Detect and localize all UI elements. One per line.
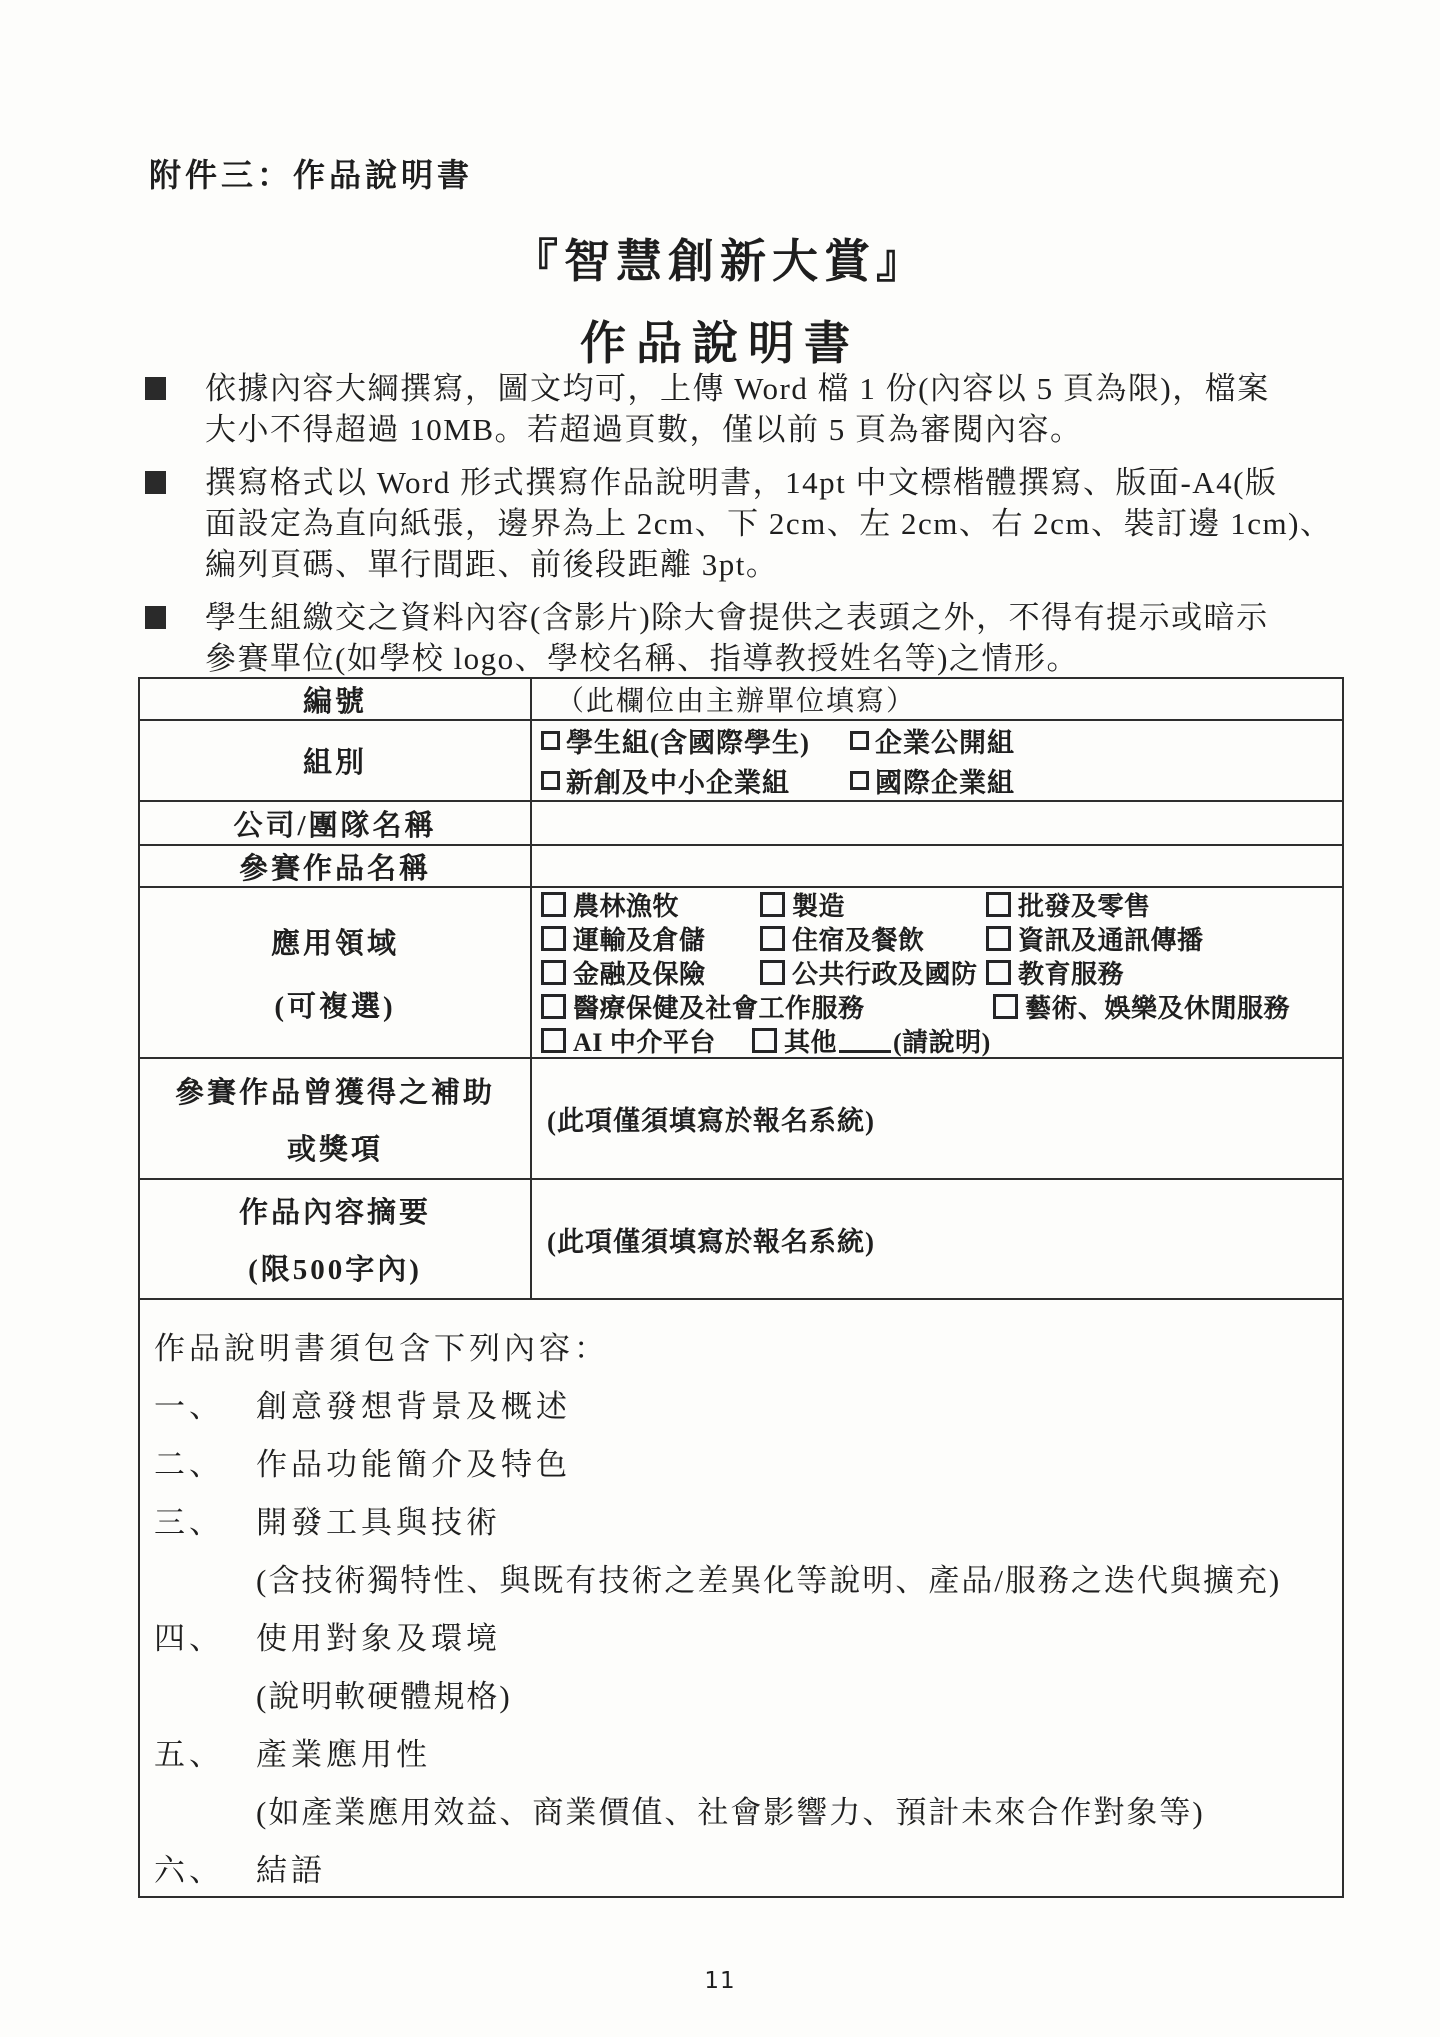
main-title: 『智慧創新大賞』: [0, 225, 1440, 291]
field-value-grants-awards: (此項僅須填寫於報名系統): [532, 1059, 1342, 1178]
registration-system-note: (此項僅須填寫於報名系統): [532, 1220, 1342, 1259]
checkbox-label: 住宿及餐飲: [792, 920, 925, 957]
instruction-bullet: 學生組繳交之資料內容(含影片)除大會提供之表頭之外，不得有提示或暗示 參賽單位(…: [145, 597, 1345, 679]
requirement-item: 二、 作品功能簡介及特色: [154, 1432, 1322, 1490]
number-placeholder-text: （此欄位由主辦單位填寫）: [556, 679, 1342, 719]
checkbox-label: 教育服務: [1018, 954, 1124, 991]
checkbox-option-lodging-catering[interactable]: 住宿及餐飲: [760, 920, 986, 957]
other-blank-line[interactable]: [839, 1029, 891, 1053]
checkbox-icon[interactable]: [986, 960, 1011, 985]
square-bullet-icon: [145, 377, 166, 400]
checkbox-option-student-group[interactable]: 學生組(含國際學生): [541, 721, 850, 760]
requirement-item: 五、 產業應用性: [154, 1722, 1322, 1780]
item-number: 二、: [154, 1439, 256, 1484]
checkbox-label: 企業公開組: [875, 721, 1015, 760]
checkbox-option-wholesale-retail[interactable]: 批發及零售: [986, 886, 1151, 923]
label-line: 參賽作品曾獲得之補助: [175, 1070, 495, 1111]
checkbox-option-transport-warehousing[interactable]: 運輸及倉儲: [541, 920, 760, 957]
checkbox-icon[interactable]: [541, 960, 566, 985]
field-label-work-name: 參賽作品名稱: [140, 846, 532, 886]
requirements-header: 作品說明書須包含下列內容：: [154, 1316, 1322, 1374]
field-label-abstract: 作品內容摘要 (限500字內): [140, 1180, 532, 1298]
checkbox-option-finance-insurance[interactable]: 金融及保險: [541, 954, 760, 991]
item-text: 使用對象及環境: [256, 1613, 501, 1658]
checkbox-icon[interactable]: [541, 1028, 566, 1053]
checkbox-option-other[interactable]: 其他 (請說明): [752, 1022, 991, 1059]
checkbox-label: 國際企業組: [875, 761, 1015, 800]
square-bullet-icon: [145, 606, 166, 629]
checkbox-label: AI 中介平台: [573, 1022, 716, 1059]
label-line: 作品內容摘要: [239, 1190, 431, 1231]
group-option-row: 新創及中小企業組 國際企業組: [532, 761, 1342, 801]
other-hint-label: (請說明): [893, 1022, 991, 1059]
table-row-work-name: 參賽作品名稱: [140, 846, 1342, 888]
checkbox-label: 醫療保健及社會工作服務: [573, 988, 865, 1025]
checkbox-icon[interactable]: [850, 731, 869, 750]
checkbox-label: 農林漁牧: [573, 886, 679, 923]
item-text: 創意發想背景及概述: [256, 1381, 571, 1426]
checkbox-label: 資訊及通訊傳播: [1018, 920, 1204, 957]
field-value-number: （此欄位由主辦單位填寫）: [532, 679, 1342, 719]
field-label-company-name: 公司/團隊名稱: [140, 802, 532, 844]
table-row-company-name: 公司/團隊名稱: [140, 802, 1342, 846]
field-value-application-fields: 農林漁牧 製造 批發及零售 運輸及倉儲: [532, 888, 1342, 1057]
field-value-group: 學生組(含國際學生) 企業公開組 新創及中小企業組 國際企業組: [532, 721, 1342, 800]
checkbox-option-public-administration[interactable]: 公共行政及國防: [760, 954, 986, 991]
label-subline: (可複選): [274, 984, 395, 1025]
checkbox-icon[interactable]: [986, 892, 1011, 917]
checkbox-option-information-communication[interactable]: 資訊及通訊傳播: [986, 920, 1204, 957]
item-number: 三、: [154, 1497, 256, 1542]
table-row-group: 組別 學生組(含國際學生) 企業公開組 新創及中小企業組: [140, 721, 1342, 802]
content-requirements: 作品說明書須包含下列內容： 一、 創意發想背景及概述 二、 作品功能簡介及特色 …: [140, 1300, 1342, 1896]
checkbox-label: 金融及保險: [573, 954, 706, 991]
checkbox-label: 批發及零售: [1018, 886, 1151, 923]
checkbox-icon[interactable]: [760, 892, 785, 917]
checkbox-icon[interactable]: [760, 960, 785, 985]
checkbox-icon[interactable]: [541, 994, 566, 1019]
checkbox-label: 其他: [784, 1022, 837, 1059]
field-label-grants-awards: 參賽作品曾獲得之補助 或獎項: [140, 1059, 532, 1178]
application-field-row: 金融及保險 公共行政及國防 教育服務: [532, 956, 1342, 990]
checkbox-icon[interactable]: [541, 926, 566, 951]
checkbox-option-manufacturing[interactable]: 製造: [760, 886, 986, 923]
sub-title: 作品說明書: [0, 307, 1440, 373]
instruction-bullet: 撰寫格式以 Word 形式撰寫作品說明書，14pt 中文標楷體撰寫、版面-A4(…: [145, 462, 1345, 585]
group-option-row: 學生組(含國際學生) 企業公開組: [532, 721, 1342, 761]
checkbox-label: 運輸及倉儲: [573, 920, 706, 957]
application-field-row: 醫療保健及社會工作服務 藝術、娛樂及休閒服務: [532, 990, 1342, 1024]
field-label-group: 組別: [140, 721, 532, 800]
requirement-item: 一、 創意發想背景及概述: [154, 1374, 1322, 1432]
table-row-application-fields: 應用領域 (可複選) 農林漁牧 製造 批發及零售: [140, 888, 1342, 1059]
checkbox-option-international-group[interactable]: 國際企業組: [850, 761, 1015, 800]
field-label-application-fields: 應用領域 (可複選): [140, 888, 532, 1057]
requirement-note: (說明軟硬體規格): [154, 1664, 1322, 1722]
requirement-note: (如產業應用效益、商業價值、社會影響力、預計未來合作對象等): [154, 1780, 1322, 1838]
checkbox-icon[interactable]: [993, 994, 1018, 1019]
instruction-text: 學生組繳交之資料內容(含影片)除大會提供之表頭之外，不得有提示或暗示 參賽單位(…: [205, 597, 1345, 679]
checkbox-option-agriculture[interactable]: 農林漁牧: [541, 886, 760, 923]
requirement-item: 三、 開發工具與技術: [154, 1490, 1322, 1548]
requirement-note: (含技術獨特性、與既有技術之差異化等說明、產品/服務之迭代與擴充): [154, 1548, 1322, 1606]
item-text: 作品功能簡介及特色: [256, 1439, 571, 1484]
item-number: 一、: [154, 1381, 256, 1426]
requirement-item: 六、 結語: [154, 1838, 1322, 1896]
label-line: 應用領域: [271, 921, 399, 962]
checkbox-icon[interactable]: [850, 771, 869, 790]
checkbox-icon[interactable]: [986, 926, 1011, 951]
label-subline: (限500字內): [248, 1247, 422, 1288]
application-field-row: 運輸及倉儲 住宿及餐飲 資訊及通訊傳播: [532, 922, 1342, 956]
item-number: 四、: [154, 1613, 256, 1658]
scanned-document-page: 附件三：作品說明書 『智慧創新大賞』 作品說明書 依據內容大綱撰寫，圖文均可，上…: [0, 0, 1440, 2037]
entry-form-table: 編號 （此欄位由主辦單位填寫） 組別 學生組(含國際學生) 企業公開組: [138, 677, 1344, 1898]
item-number: 五、: [154, 1729, 256, 1774]
checkbox-label: 公共行政及國防: [792, 954, 978, 991]
checkbox-label: 製造: [792, 886, 845, 923]
instruction-text: 依據內容大綱撰寫，圖文均可，上傳 Word 檔 1 份(內容以 5 頁為限)，檔…: [205, 368, 1345, 450]
field-value-company-name: [532, 802, 1342, 844]
field-value-abstract: (此項僅須填寫於報名系統): [532, 1180, 1342, 1298]
checkbox-option-education-services[interactable]: 教育服務: [986, 954, 1124, 991]
checkbox-icon[interactable]: [541, 892, 566, 917]
checkbox-icon[interactable]: [752, 1028, 777, 1053]
checkbox-icon[interactable]: [541, 731, 560, 750]
item-text: 開發工具與技術: [256, 1497, 501, 1542]
checkbox-label: 藝術、娛樂及休閒服務: [1025, 988, 1290, 1025]
attachment-title: 附件三：作品說明書: [149, 150, 473, 196]
checkbox-option-arts-entertainment[interactable]: 藝術、娛樂及休閒服務: [993, 988, 1290, 1025]
checkbox-option-healthcare-social-work[interactable]: 醫療保健及社會工作服務: [541, 988, 993, 1025]
label-subline: 或獎項: [287, 1127, 383, 1168]
checkbox-option-enterprise-open-group[interactable]: 企業公開組: [850, 721, 1015, 760]
table-row-abstract: 作品內容摘要 (限500字內) (此項僅須填寫於報名系統): [140, 1180, 1342, 1300]
checkbox-icon[interactable]: [760, 926, 785, 951]
field-label-number: 編號: [140, 679, 532, 719]
table-row-number: 編號 （此欄位由主辦單位填寫）: [140, 679, 1342, 721]
checkbox-label: 學生組(含國際學生): [566, 721, 810, 760]
item-text: 產業應用性: [256, 1729, 431, 1774]
square-bullet-icon: [145, 471, 166, 494]
page-number: 11: [0, 1968, 1440, 1994]
checkbox-label: 新創及中小企業組: [566, 761, 790, 800]
table-row-grants-awards: 參賽作品曾獲得之補助 或獎項 (此項僅須填寫於報名系統): [140, 1059, 1342, 1180]
instruction-bullet: 依據內容大綱撰寫，圖文均可，上傳 Word 檔 1 份(內容以 5 頁為限)，檔…: [145, 368, 1345, 450]
instruction-list: 依據內容大綱撰寫，圖文均可，上傳 Word 檔 1 份(內容以 5 頁為限)，檔…: [145, 368, 1345, 679]
field-value-work-name: [532, 846, 1342, 886]
checkbox-icon[interactable]: [541, 771, 560, 790]
checkbox-option-ai-platform[interactable]: AI 中介平台: [541, 1022, 752, 1059]
item-number: 六、: [154, 1845, 256, 1890]
application-field-row: AI 中介平台 其他 (請說明): [532, 1024, 1342, 1058]
item-text: 結語: [256, 1845, 326, 1890]
requirement-item: 四、 使用對象及環境: [154, 1606, 1322, 1664]
application-field-row: 農林漁牧 製造 批發及零售: [532, 888, 1342, 922]
registration-system-note: (此項僅須填寫於報名系統): [532, 1099, 1342, 1138]
checkbox-option-startup-sme-group[interactable]: 新創及中小企業組: [541, 761, 850, 800]
instruction-text: 撰寫格式以 Word 形式撰寫作品說明書，14pt 中文標楷體撰寫、版面-A4(…: [205, 462, 1345, 585]
